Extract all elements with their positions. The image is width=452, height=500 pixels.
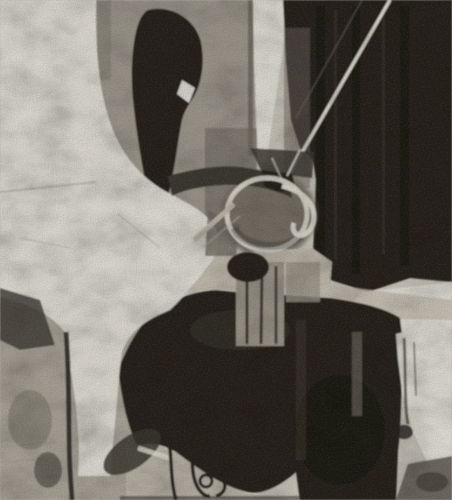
photograph-canvas (0, 0, 452, 500)
grain-light-overlay (0, 0, 452, 500)
newsprint-photograph (0, 0, 452, 500)
